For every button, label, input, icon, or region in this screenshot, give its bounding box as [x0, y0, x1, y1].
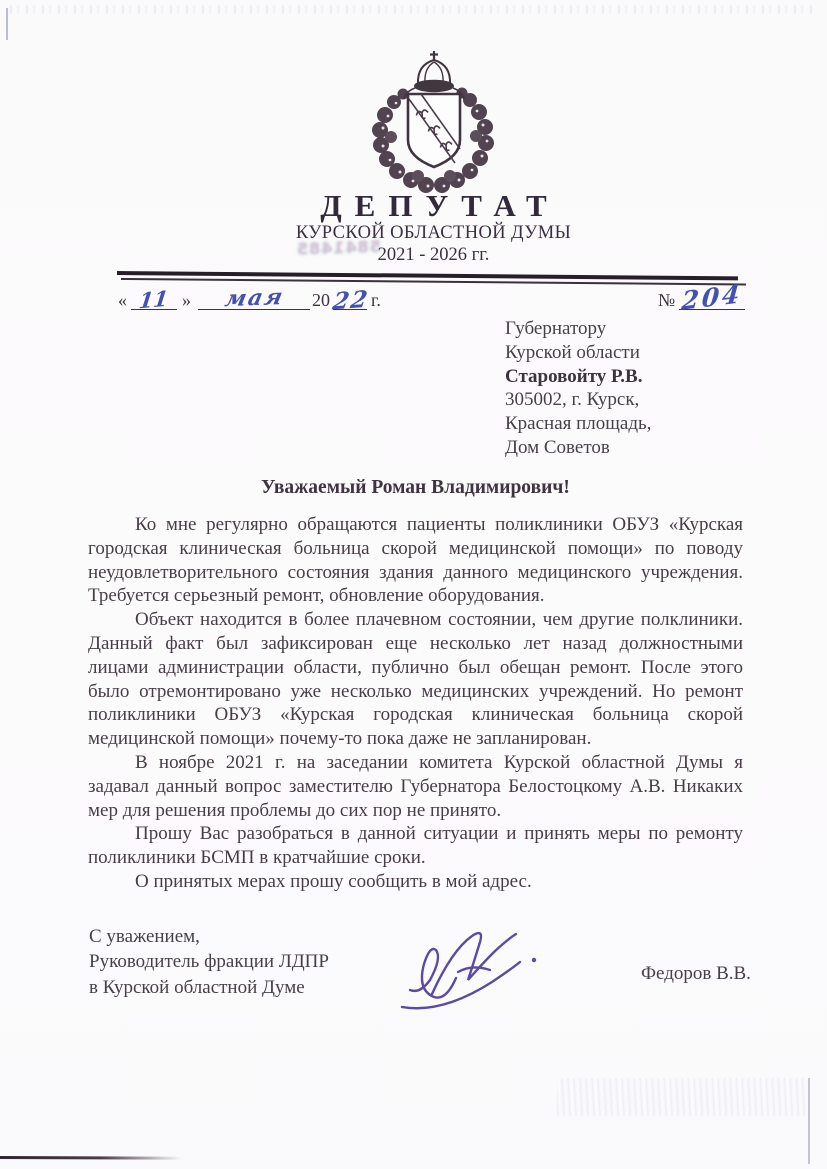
salutation: Уважаемый Роман Владимирович! [88, 477, 743, 499]
closing-line: С уважением, [89, 924, 329, 949]
body-paragraph: Ко мне регулярно обращаются пациенты пол… [88, 513, 743, 608]
recipient-line: 305002, г. Курск, [505, 388, 651, 412]
scan-noise-top [10, 5, 817, 14]
number-sign: № [658, 290, 675, 311]
handwritten-day: 11 [138, 286, 170, 314]
signer-name: Федоров В.В. [641, 963, 751, 985]
scan-mark-left-edge [6, 8, 8, 40]
scan-noise-bottom-right [557, 1078, 807, 1116]
year-suffix: г. [371, 290, 381, 311]
year-blank: 22 [333, 287, 367, 310]
day-blank: 11 [131, 287, 177, 310]
scan-mark-right-edge [808, 1078, 810, 1164]
letterhead-title: ДЕПУТАТ [40, 188, 827, 224]
letterhead-term: 2021 - 2026 гг. [40, 245, 827, 266]
body-paragraph: В ноябре 2021 г. на заседании комитета К… [88, 751, 743, 822]
scanned-letter-page: 5841485 ДЕПУТАТ КУРСКОЙ ОБЛАСТНОЙ ДУМЫ 2… [0, 0, 827, 1169]
reference-line: « 11 » мая 20 22 г. № 204 [0, 287, 827, 317]
month-blank: мая [198, 287, 310, 310]
handwritten-signature [372, 912, 567, 1017]
number-blank: 204 [679, 287, 745, 310]
body-paragraph: Объект находится в более плачевном состо… [88, 608, 743, 751]
letterhead-subtitle: КУРСКОЙ ОБЛАСТНОЙ ДУМЫ [40, 223, 827, 244]
recipient-line: Дом Советов [505, 436, 651, 460]
recipient-block: Губернатору Курской области Старовойту Р… [505, 317, 651, 460]
body-paragraph: О принятых мерах прошу сообщить в мой ад… [88, 870, 743, 894]
scan-mark-bottom-left [0, 1156, 182, 1160]
handwritten-number: 204 [681, 279, 744, 316]
recipient-name: Старовойту Р.В. [505, 365, 651, 389]
body-paragraph: Прошу Вас разобраться в данной ситуации … [88, 822, 743, 870]
handwritten-month: мая [222, 284, 286, 312]
recipient-line: Красная площадь, [505, 412, 651, 436]
recipient-line: Курской области [505, 341, 651, 365]
crown [404, 51, 464, 99]
signer-position-line2: в Курской областной Думе [89, 975, 329, 1000]
kursk-oblast-coat-of-arms-emblem [358, 48, 510, 194]
handwritten-year: 22 [331, 286, 372, 316]
year-century: 20 [312, 290, 330, 311]
quote-close: » [182, 290, 191, 311]
letter-body: Ко мне регулярно обращаются пациенты пол… [88, 513, 743, 894]
quote-open: « [118, 290, 127, 311]
signature-block: С уважением, Руководитель фракции ЛДПР в… [89, 924, 329, 1000]
signer-position-line1: Руководитель фракции ЛДПР [89, 949, 329, 974]
recipient-line: Губернатору [505, 317, 651, 341]
